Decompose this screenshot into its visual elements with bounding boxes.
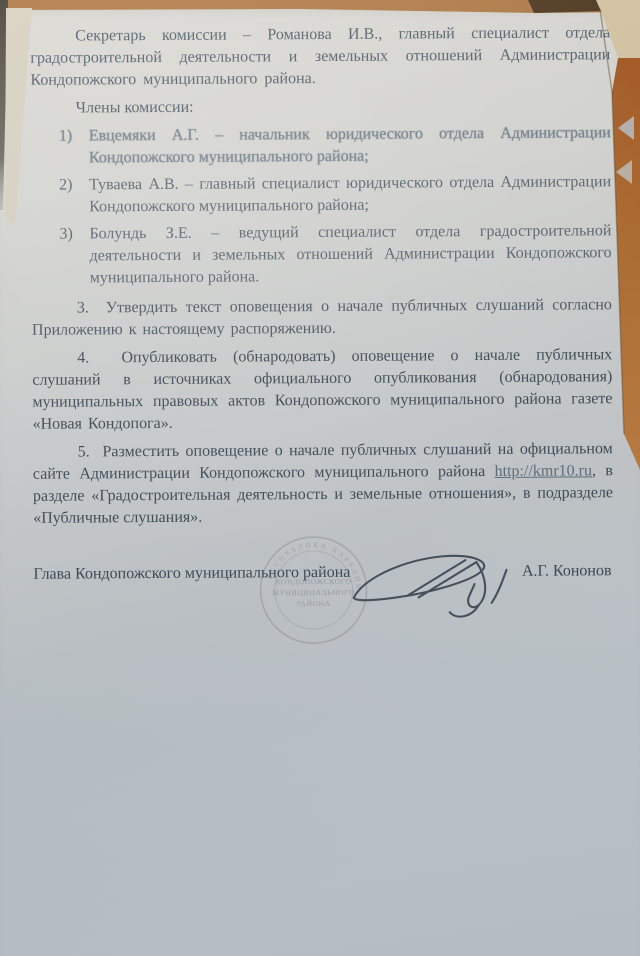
round-stamp: РЕСПУБЛИКА КАРЕЛИЯ КОНДОПОЖСКОГО МУНИЦИП… [257, 534, 370, 647]
paragraph-5: 5. Разместить оповещение о начале публич… [33, 438, 614, 530]
document-page: Секретарь комиссии – Романова И.В., глав… [0, 0, 640, 586]
signature-diagonal-1 [407, 560, 465, 595]
signature-diagonal-2 [418, 562, 476, 597]
paragraph-4: 4. Опубликовать (обнародовать) оповещени… [32, 344, 613, 436]
stamp-outer-ring [260, 537, 367, 644]
list-item: 1) Евцемяки А.Г. – начальник юридическог… [31, 122, 611, 170]
handwritten-signature [345, 543, 528, 636]
list-marker: 2) [59, 175, 72, 197]
signature-loop [353, 556, 484, 601]
paragraph-3: 3. Утвердить текст оповещения о начале п… [32, 294, 612, 342]
list-item-text: Евцемяки А.Г. – начальник юридического о… [89, 124, 611, 166]
document-photo: Секретарь комиссии – Романова И.В., глав… [0, 0, 640, 956]
signature-name: А.Г. Кононов [522, 560, 612, 583]
signature-tail [450, 605, 479, 617]
list-item-text: Болундь З.Е. – ведущий специалист отдела… [89, 222, 611, 286]
list-item: 3) Болундь З.Е. – ведущий специалист отд… [31, 220, 611, 290]
members-heading: Члены комиссии: [31, 94, 611, 120]
list-marker: 1) [59, 126, 72, 148]
list-marker: 3) [59, 224, 72, 246]
signature-downstroke [468, 562, 485, 607]
signature-title: Глава Кондопожского муниципального район… [33, 562, 350, 586]
signature-flick [491, 570, 506, 603]
paragraph-secretary: Секретарь комиссии – Романова И.В., глав… [30, 22, 610, 92]
website-url: http://kmr10.ru [495, 462, 592, 480]
list-item: 2) Туваева А.В. – главный специалист юри… [31, 171, 611, 219]
stamp-line-3: РАЙОНА [297, 599, 331, 608]
list-item-text: Туваева А.В. – главный специалист юридич… [89, 173, 611, 215]
signature-block: РЕСПУБЛИКА КАРЕЛИЯ КОНДОПОЖСКОГО МУНИЦИП… [33, 560, 613, 586]
members-list: 1) Евцемяки А.Г. – начальник юридическог… [31, 122, 612, 290]
stamp-line-2: МУНИЦИПАЛЬНОГО [272, 588, 355, 598]
